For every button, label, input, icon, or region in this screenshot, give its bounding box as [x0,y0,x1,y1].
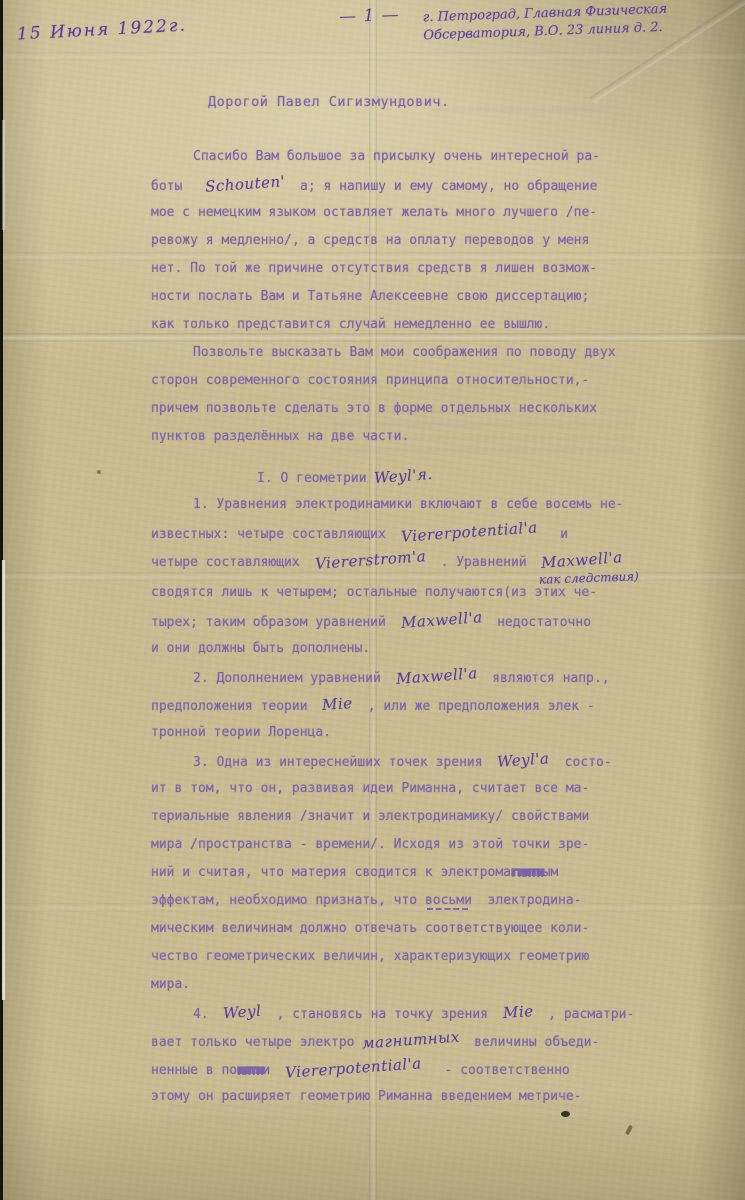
letter-line: ний и считая, что материя сводится к эле… [151,859,623,887]
handwritten-text-segment: Weyl'я. [373,460,433,492]
letter-line: нет. По той же причине отсутствия средст… [151,255,623,283]
handwritten-text-segment: Maxwell'а [395,659,478,693]
typed-text-segment: ненные в по [151,1063,237,1078]
typed-text-segment: ний и считая, что материя сводится к эле… [151,865,511,880]
typed-text-segment: боты [151,179,198,194]
typed-text-segment: нет. По той же причине отсутствия средст… [151,261,597,276]
typed-text-segment: а; я напишу и ему самому, но обращение [292,179,597,194]
handwritten-text-segment: Schouten' [204,167,286,201]
letter-body: Спасибо Вам большое за присылку очень ин… [151,143,623,1111]
typed-text-segment: 2. Дополнением уравнений [193,671,389,686]
typed-text-segment: ности послать Вам и Татьяне Алексеевне с… [151,289,589,304]
letter-line: эффектам, необходимо признать, что восьм… [151,887,623,915]
typed-text-segment: и они должны быть дополнены. [151,641,370,656]
letter-paper: 15 Июня 1922г. — 1 — г. Петроград, Главн… [3,0,745,1200]
typed-text-segment: тырех; таким образом уравнений [151,615,394,630]
letter-line: и они должны быть дополнены. [151,635,623,663]
letter-line: мира /пространства - времени/. Исходя из… [151,831,623,859]
letter-line: Спасибо Вам большое за присылку очень ин… [151,143,623,171]
scratch-mark [625,1125,633,1136]
typed-text-segment: мое с немецким языком оставляет желать м… [151,205,597,220]
overstruck-text-segment: няти [237,1063,262,1078]
letter-line: ит в том, что он, развивая идеи Риманна,… [151,775,623,803]
typed-text-segment: мира. [151,977,190,992]
typed-text-segment: 1. Уравнения электродинамики включают в … [193,497,623,512]
handwritten-text-segment: Viererpotential'а [284,1049,422,1086]
letter-line: этому он расширяет геометрию Риманна вве… [151,1083,623,1111]
photo-edge-highlight [2,120,5,230]
typed-text-segment: , становясь на точку зрения [269,1007,496,1022]
typed-text-segment: вает только четыре электро [151,1035,355,1050]
fold-crease-horizontal-top [3,52,745,61]
letter-line: ненные в понятии Viererpotential'а - соо… [151,1055,623,1083]
letter-line: тронной теории Лоренца. [151,719,623,747]
typed-text-segment: I. О геометрии [257,471,367,486]
dirt-speck [561,1111,570,1117]
handwritten-text-segment: Maxwell'а [400,603,483,637]
typed-text-segment: причем позвольте сделать это в форме отд… [151,401,597,416]
typed-text-segment: недостаточно [489,615,591,630]
letter-line: чество геометрических величин, характери… [151,943,623,971]
typed-text-segment: и [262,1063,278,1078]
salutation: Дорогой Павел Сигизмундович. [208,94,450,110]
typed-text-segment: как только представится случай немедленн… [151,317,550,332]
letter-line: пунктов разделённых на две части. [151,423,623,451]
letter-line: мическим величинам должно отвечать соотв… [151,915,623,943]
typed-text-segment: мира /пространства - времени/. Исходя из… [151,837,589,852]
letter-line: 3. Одна из интереснейших точек зрения We… [151,747,623,775]
handwritten-text-segment: Mie [502,997,534,1027]
typed-text-segment: электродина- [472,893,582,908]
typed-text-segment: предположения теории [151,699,315,714]
dash-underlined-text-segment: восьми [425,893,472,908]
typed-text-segment: чество геометрических величин, характери… [151,949,589,964]
typed-text-segment: . Уравнений [433,555,535,570]
handwritten-date: 15 Июня 1922г. [17,16,188,45]
letter-line: причем позвольте сделать это в форме отд… [151,395,623,423]
typed-text-segment: 4. [193,1007,216,1022]
letter-line: Позвольте высказать Вам мои соображения … [151,339,623,367]
ink-offset-smudge [431,108,601,121]
typed-text-segment: ит в том, что он, развивая идеи Риманна,… [151,781,589,796]
typed-text-segment: величины объеди- [466,1035,599,1050]
typed-text-segment: мическим величинам должно отвечать соотв… [151,921,589,936]
dirt-speck [97,470,101,474]
letter-line: териальные явления /значит и электродина… [151,803,623,831]
letter-line: 4. Weyl , становясь на точку зрения Mie … [151,999,623,1027]
letter-line: боты Schouten' а; я напишу и ему самому,… [151,171,623,199]
typed-text-segment: териальные явления /значит и электродина… [151,809,589,824]
annotated-text-segment: (из этих че- [503,585,597,600]
photo-edge-highlight [2,560,5,1000]
typed-text-segment: и [544,527,567,542]
overstruck-text-segment: гнитн [511,865,543,880]
letter-line: 1. Уравнения электродинамики включают в … [151,491,623,519]
page-number: — 1 — [339,5,400,27]
handwritten-text-segment: Viererstrom'а [314,542,427,578]
handwritten-return-address: г. Петроград, Главная Физическая Обсерва… [422,0,728,45]
handwritten-text-segment: Weyl [223,997,263,1028]
typed-text-segment: ым [543,865,559,880]
letter-line: I. О геометрииWeyl'я. [151,463,623,491]
letter-line: предположения теории Mie , или же предпо… [151,691,623,719]
letter-line: сводятся лишь к четырем; остальные получ… [151,579,623,607]
letter-line: как только представится случай немедленн… [151,311,623,339]
typed-text-segment: сторон современного состояния принципа о… [151,373,589,388]
typed-text-segment: сводятся лишь к четырем; остальные получ… [151,585,503,600]
typed-text-segment: являются напр., [484,671,609,686]
letter-line: известных: четыре составляющих Viererpot… [151,519,623,547]
typed-text-segment: этому он расширяет геометрию Риманна вве… [151,1089,581,1104]
typed-text-segment: Спасибо Вам большое за присылку очень ин… [193,149,600,164]
letter-line: четыре составляющих Viererstrom'а . Урав… [151,547,623,575]
typed-text-segment: тронной теории Лоренца. [151,725,331,740]
letter-line: мира. [151,971,623,999]
typed-text-segment: эффектам, необходимо признать, что [151,893,425,908]
letter-line: ревожу я медленно/, а средств на оплату … [151,227,623,255]
letter-line: мое с немецким языком оставляет желать м… [151,199,623,227]
handwritten-text-segment: Mie [321,689,353,719]
typed-text-segment: известных: четыре составляющих [151,527,394,542]
typed-text-segment: - соответственно [429,1063,570,1078]
typed-text-segment: пунктов разделённых на две части. [151,429,409,444]
letter-line: тырех; таким образом уравнений Maxwell'а… [151,607,623,635]
typed-text-segment: ревожу я медленно/, а средств на оплату … [151,233,589,248]
letter-line: 2. Дополнением уравнений Maxwell'а являю… [151,663,623,691]
typed-text-segment: 3. Одна из интереснейших точек зрения [193,755,490,770]
letter-line: ности послать Вам и Татьяне Алексеевне с… [151,283,623,311]
typed-text-segment: четыре составляющих [151,555,308,570]
typed-text-segment: , или же предположения элек - [360,699,595,714]
typed-text-segment: Позвольте высказать Вам мои соображения … [193,345,616,360]
typed-text-segment: состо- [557,755,612,770]
typed-text-segment: , расматри- [540,1007,634,1022]
letter-line: сторон современного состояния принципа о… [151,367,623,395]
handwritten-text-segment: Weyl'а [497,744,551,776]
scanned-letter-photo: 15 Июня 1922г. — 1 — г. Петроград, Главн… [0,0,745,1200]
